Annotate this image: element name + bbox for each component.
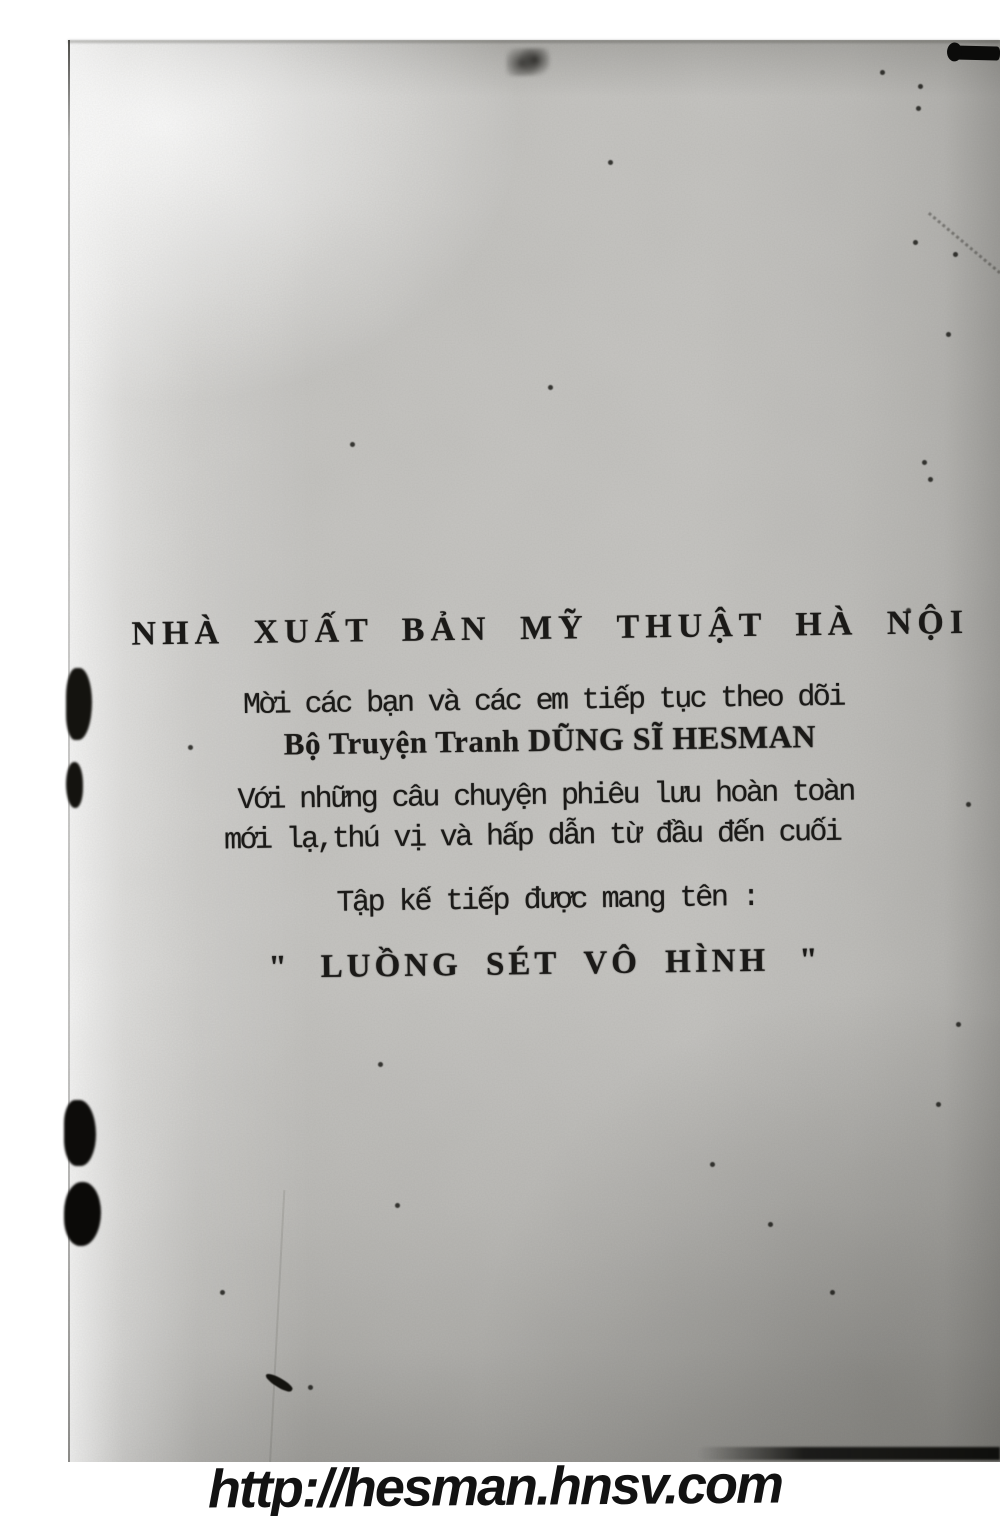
next-title-text: LUỒNG SÉT VÔ HÌNH [321,943,770,985]
scan-canvas: NHÀ XUẤT BẢN MỸ THUẬT HÀ NỘI Mời các bạn… [0,0,1000,1516]
series-prefix: Bộ Truyện Tranh [284,723,529,761]
series-name: DŨNG SĨ HESMAN [528,718,816,758]
close-quote: " [799,942,822,978]
next-title-label: Tập kế tiếp được mang tên : [81,877,1000,924]
watermark-strip: http://hesman.hnsv.com [0,1462,1000,1516]
teaser-line-2: mới lạ,thú vị và hấp dẫn từ đầu đến cuối [66,814,998,861]
next-title-line: "LUỒNG SÉT VÔ HÌNH" [79,939,1000,989]
scanned-page: NHÀ XUẤT BẢN MỸ THUẬT HÀ NỘI Mời các bạn… [68,40,1000,1462]
watermark-url: http://hesman.hnsv.com [0,1452,995,1516]
open-quote: " [268,949,291,985]
typed-text-block: NHÀ XUẤT BẢN MỸ THUẬT HÀ NỘI Mời các bạn… [58,34,1000,1469]
publisher-line: NHÀ XUẤT BẢN MỸ THUẬT HÀ NỘI [84,603,1000,654]
teaser-line-1: Với những câu chuyện phiêu lưu hoàn toàn [79,773,1000,820]
